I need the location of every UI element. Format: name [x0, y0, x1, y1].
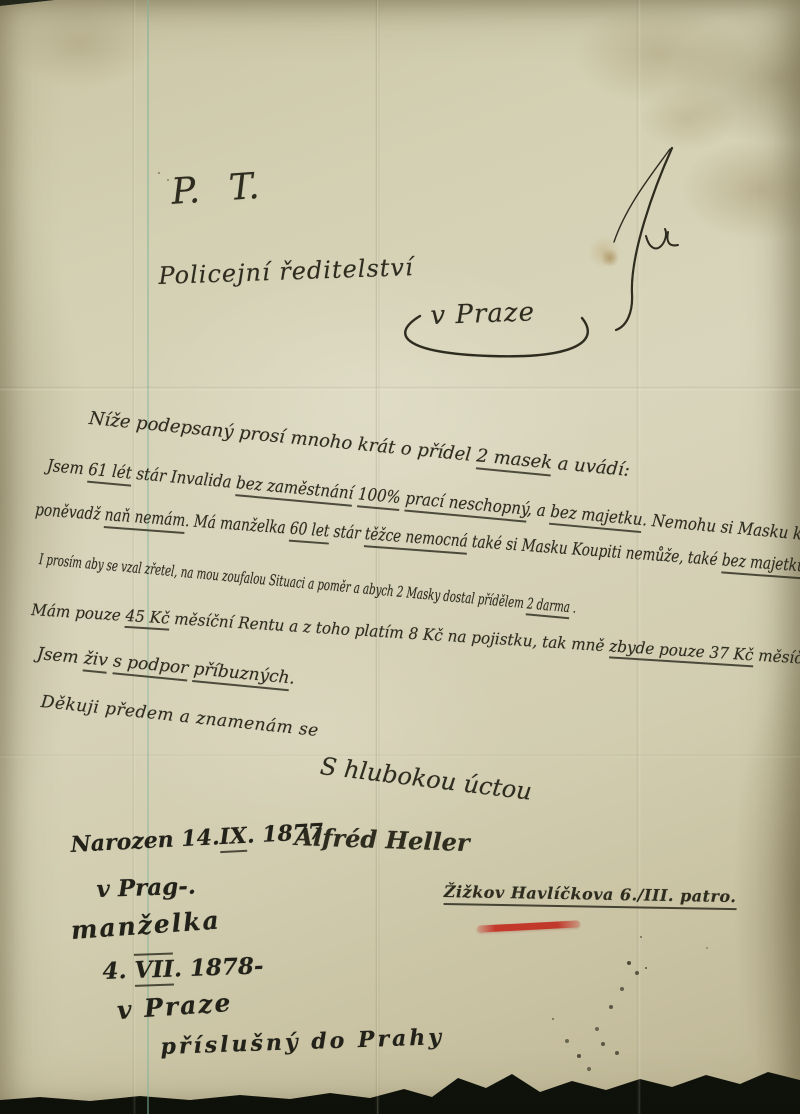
place-oval-underline: [386, 296, 606, 366]
ink-speckles: [0, 0, 2, 2]
ruled-margin-line: [147, 0, 149, 1114]
horizontal-fold-upper: [0, 386, 800, 391]
registry-wife-birthdate: 4. VII. 1878-: [102, 952, 264, 985]
scanned-letter-page: P. T. Policejní ředitelství v Praze Níže…: [0, 0, 800, 1114]
vertical-crease-left: [132, 0, 136, 1114]
vertical-fold-center: [375, 0, 380, 1114]
registry-birthplace-line: v Prag-.: [96, 873, 196, 903]
salutation: P. T.: [170, 166, 261, 213]
horizontal-fold-lower: [0, 754, 800, 758]
clerk-paraph-mark: [596, 136, 706, 336]
